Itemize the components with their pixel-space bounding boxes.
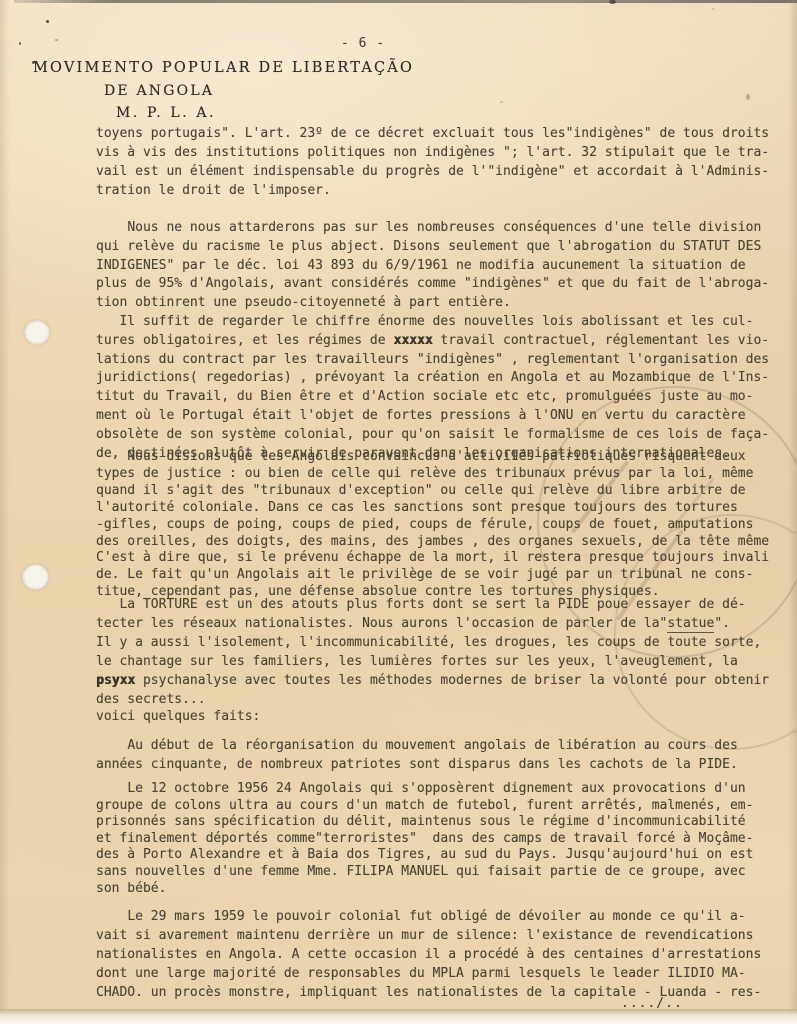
paragraph-decret-indigenes: toyens portugais". L'art. 23º de ce décr…: [96, 124, 796, 200]
scan-left-shade: [0, 0, 10, 1024]
paragraph-29-mars-1959: Le 29 mars 1959 le pouvoir colonial fut …: [96, 907, 796, 1002]
paper-speck: [46, 20, 49, 23]
paragraph-text: psychanalyse avec toutes les méthodes mo…: [96, 673, 769, 707]
paragraph-torture-pide: La TORTURE est un des atouts plus forts …: [96, 595, 796, 709]
paragraph-voici-quelques-faits: voici quelques faits:: [96, 708, 796, 727]
hole-punch-top: [24, 320, 50, 345]
paragraph-nouvelles-lois: Il suffit de regarder le chiffre énorme …: [96, 313, 796, 463]
letterhead-organization: MOVIMENTO POPULAR DE LIBERTAÇÃO: [33, 60, 414, 76]
paper-speck: [609, 0, 616, 4]
paper-speck: [55, 39, 58, 41]
paper-speck: [19, 42, 21, 45]
overstruck-word: xxxxx: [393, 333, 432, 348]
paragraph-abrogation-statut: Nous ne nous attarderons pas sur les nom…: [96, 219, 796, 313]
paragraph-text: La TORTURE est un des atouts plus forts …: [96, 597, 746, 631]
overstruck-word: psyxx: [96, 673, 135, 688]
underlined-word: statue: [667, 616, 714, 633]
paper-speck: [746, 94, 750, 100]
letterhead-acronym: M. P. L. A.: [116, 105, 216, 121]
paragraph-annees-cinquante: Au début de la réorganisation du mouveme…: [96, 736, 796, 774]
scanned-document-page: - 6 - MOVIMENTO POPULAR DE LIBERTAÇÃO DE…: [0, 0, 797, 1024]
letterhead-country: DE ANGOLA: [104, 83, 214, 99]
page-number: - 6 -: [341, 36, 385, 51]
scan-top-edge: [14, 0, 797, 3]
paper-speck: [712, 8, 714, 10]
paper-speck: [500, 101, 503, 103]
paragraph-types-de-justice: Nous disions que les Angolais convaincus…: [96, 449, 796, 601]
hole-punch-bottom: [22, 564, 49, 590]
scan-bottom-edge: [0, 1009, 797, 1024]
paragraph-12-octobre-1956: Le 12 octobre 1956 24 Angolais qui s'opp…: [96, 781, 796, 897]
paragraph-text: travail contractuel, réglementant les vi…: [96, 333, 769, 461]
